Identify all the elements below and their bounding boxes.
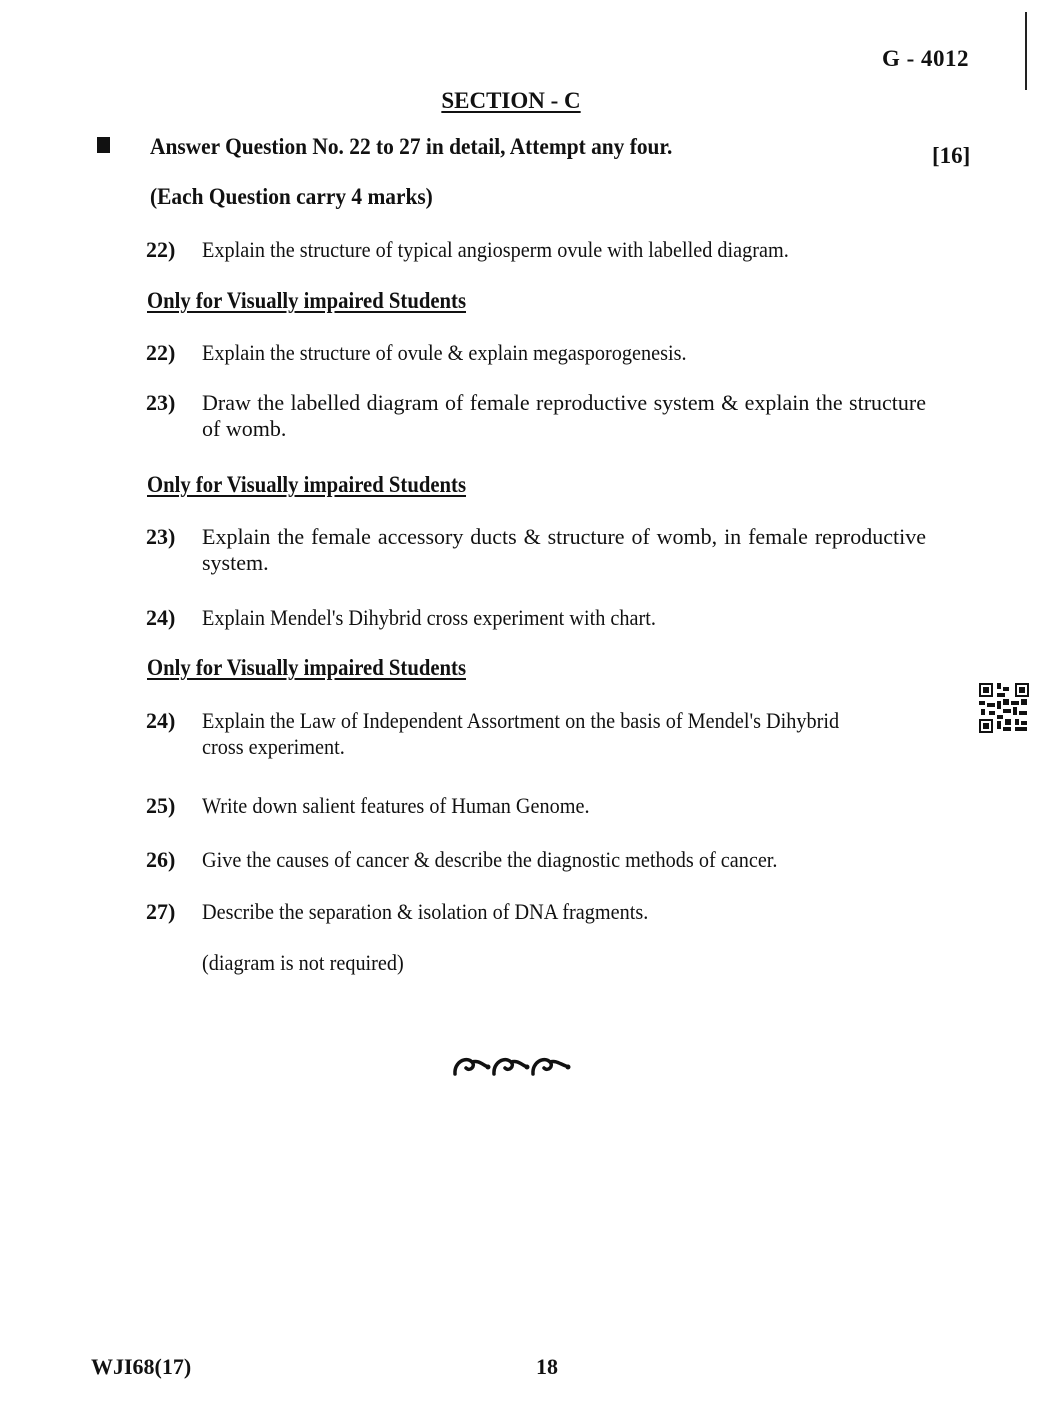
question-text: Explain Mendel's Dihybrid cross experime… — [202, 605, 868, 631]
question-27: 27) Describe the separation & isolation … — [146, 899, 926, 925]
question-text: Explain the structure of ovule & explain… — [202, 340, 868, 366]
instruction-line: Answer Question No. 22 to 27 in detail, … — [150, 134, 672, 160]
footer-code: WJI68(17) — [91, 1354, 191, 1380]
page-number: 18 — [536, 1354, 558, 1380]
question-27-note: (diagram is not required) — [146, 950, 926, 976]
question-23: 23) Draw the labelled diagram of female … — [146, 390, 926, 442]
note-text: (diagram is not required) — [202, 950, 868, 976]
marks-per-question: (Each Question carry 4 marks) — [150, 184, 433, 210]
section-marks: [16] — [932, 143, 970, 169]
question-25: 25) Write down salient features of Human… — [146, 793, 926, 819]
question-22-vi: 22) Explain the structure of ovule & exp… — [146, 340, 926, 366]
qr-code-icon — [979, 683, 1029, 733]
question-number: 27) — [146, 899, 202, 925]
question-23-vi: 23) Explain the female accessory ducts &… — [146, 524, 926, 576]
question-22: 22) Explain the structure of typical ang… — [146, 237, 926, 263]
visually-impaired-heading: Only for Visually impaired Students — [147, 472, 466, 498]
question-number: 25) — [146, 793, 202, 819]
question-text: Write down salient features of Human Gen… — [202, 793, 868, 819]
question-number: 22) — [146, 237, 202, 263]
question-text: Explain the female accessory ducts & str… — [202, 524, 926, 576]
question-text: Give the causes of cancer & describe the… — [202, 847, 868, 873]
question-text: Explain the structure of typical angiosp… — [202, 237, 868, 263]
section-title: SECTION - C — [0, 88, 1022, 114]
end-ornament-icon — [452, 1050, 572, 1080]
question-number: 22) — [146, 340, 202, 366]
margin-rule — [1025, 12, 1027, 90]
question-text: Explain the Law of Independent Assortmen… — [202, 708, 868, 760]
bullet-square-icon — [97, 137, 110, 153]
question-24: 24) Explain Mendel's Dihybrid cross expe… — [146, 605, 926, 631]
visually-impaired-heading: Only for Visually impaired Students — [147, 655, 466, 681]
question-text: Describe the separation & isolation of D… — [202, 899, 868, 925]
question-26: 26) Give the causes of cancer & describe… — [146, 847, 926, 873]
question-24-vi: 24) Explain the Law of Independent Assor… — [146, 708, 926, 760]
question-text: Draw the labelled diagram of female repr… — [202, 390, 926, 442]
question-number: 24) — [146, 708, 202, 760]
question-number: 26) — [146, 847, 202, 873]
paper-code: G - 4012 — [882, 46, 969, 72]
visually-impaired-heading: Only for Visually impaired Students — [147, 288, 466, 314]
question-number: 23) — [146, 390, 202, 442]
question-number: 24) — [146, 605, 202, 631]
question-number: 23) — [146, 524, 202, 576]
